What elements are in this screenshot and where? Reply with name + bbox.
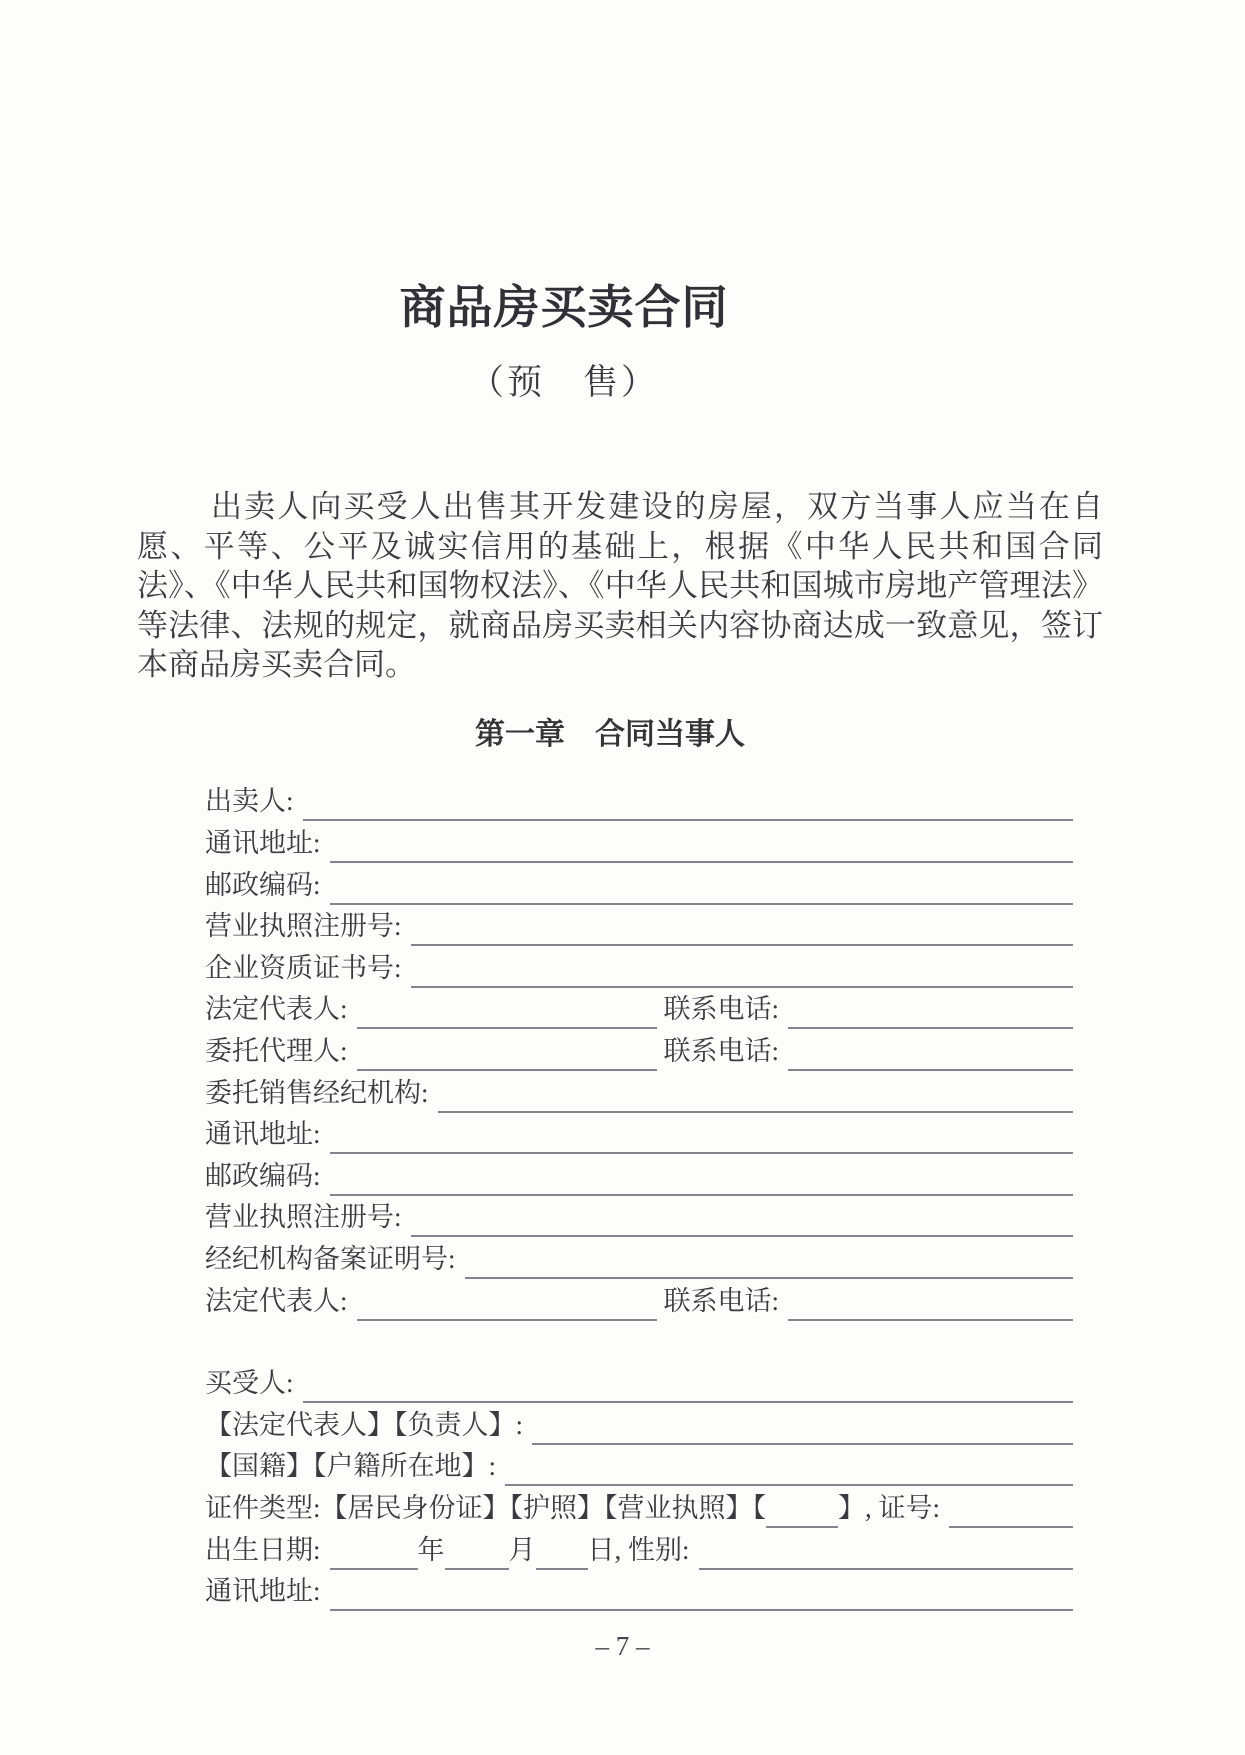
blank-line	[330, 893, 1073, 905]
field-label: 】, 证号:	[838, 1486, 940, 1528]
blank-line	[766, 1516, 838, 1528]
blank-line	[411, 976, 1073, 988]
form-row-seller: 出卖人:	[205, 780, 1073, 822]
form-row-brokerage-legal-rep: 法定代表人: 联系电话:	[205, 1279, 1073, 1321]
form-row-buyer-id-type: 证件类型:【居民身份证】【护照】【营业执照】【 】, 证号:	[205, 1486, 1073, 1528]
blank-line	[788, 1059, 1073, 1071]
form-row-buyer-address: 通讯地址:	[205, 1570, 1073, 1612]
form-row-seller-license-no: 营业执照注册号:	[205, 905, 1073, 947]
blank-line	[788, 1017, 1073, 1029]
page-subtitle: （预 售）	[0, 364, 1128, 403]
field-label: 邮政编码:	[205, 863, 321, 905]
blank-line	[532, 1433, 1073, 1445]
field-label: 邮政编码:	[205, 1154, 321, 1196]
blank-line	[536, 1558, 588, 1570]
field-label: 委托代理人:	[205, 1029, 348, 1071]
blank-line	[330, 851, 1073, 863]
form-row-seller-agent: 委托代理人: 联系电话:	[205, 1029, 1073, 1071]
unit-month-label: 月	[509, 1528, 536, 1570]
blank-line	[303, 1391, 1073, 1403]
field-label: 通讯地址:	[205, 1112, 321, 1154]
blank-line	[411, 1225, 1073, 1237]
field-label: 委托销售经纪机构:	[205, 1071, 429, 1113]
blank-line	[330, 1184, 1073, 1196]
page-number: – 7 –	[0, 1631, 1245, 1662]
blank-line	[438, 1101, 1073, 1113]
field-label: 出生日期:	[205, 1528, 321, 1570]
form-row-brokerage-postcode: 邮政编码:	[205, 1154, 1073, 1196]
blank-line	[445, 1558, 509, 1570]
unit-day-gender-label: 日, 性别:	[588, 1528, 690, 1570]
scanned-contract-page: 商品房买卖合同 （预 售） 出卖人向买受人出售其开发建设的房屋，双方当事人应当在…	[0, 0, 1245, 1755]
field-label: 营业执照注册号:	[205, 1195, 402, 1237]
form-row-brokerage-address: 通讯地址:	[205, 1113, 1073, 1155]
blank-line	[330, 1142, 1073, 1154]
blank-line	[465, 1267, 1073, 1279]
blank-line	[303, 809, 1073, 821]
blank-line	[505, 1474, 1073, 1486]
blank-line	[357, 1309, 657, 1321]
form-row-buyer-birthdate: 出生日期: 年 月 日, 性别:	[205, 1528, 1073, 1570]
form-row-buyer-nationality: 【国籍】【户籍所在地】:	[205, 1445, 1073, 1487]
form-row-seller-qualification-no: 企业资质证书号:	[205, 946, 1073, 988]
blank-line	[788, 1309, 1073, 1321]
party-form: 出卖人: 通讯地址: 邮政编码: 营业执照注册号: 企业资质证书号: 法定代表人…	[205, 780, 1073, 1611]
form-row-brokerage-license-no: 营业执照注册号:	[205, 1196, 1073, 1238]
field-label: 证件类型:【居民身份证】【护照】【营业执照】【	[205, 1486, 766, 1528]
field-label: 营业执照注册号:	[205, 904, 402, 946]
blank-line	[330, 1599, 1073, 1611]
field-label: 【国籍】【户籍所在地】:	[205, 1444, 496, 1486]
intro-paragraph: 出卖人向买受人出售其开发建设的房屋，双方当事人应当在自愿、平等、公平及诚实信用的…	[137, 487, 1103, 685]
field-label: 法定代表人:	[205, 987, 348, 1029]
form-row-brokerage-record-no: 经纪机构备案证明号:	[205, 1237, 1073, 1279]
form-row-buyer: 买受人:	[205, 1362, 1073, 1404]
field-label: 通讯地址:	[205, 1569, 321, 1611]
blank-line	[330, 1558, 418, 1570]
form-row-seller-address: 通讯地址:	[205, 821, 1073, 863]
field-label: 联系电话:	[664, 1029, 780, 1071]
field-label: 【法定代表人】【负责人】:	[205, 1403, 523, 1445]
field-label: 企业资质证书号:	[205, 946, 402, 988]
form-row-brokerage: 委托销售经纪机构:	[205, 1071, 1073, 1113]
form-row-buyer-legal-rep: 【法定代表人】【负责人】:	[205, 1403, 1073, 1445]
unit-year-label: 年	[418, 1528, 445, 1570]
blank-line	[357, 1059, 657, 1071]
blank-line	[357, 1017, 657, 1029]
blank-line	[411, 934, 1073, 946]
page-title: 商品房买卖合同	[0, 282, 1128, 335]
blank-line	[699, 1558, 1073, 1570]
form-row-seller-postcode: 邮政编码:	[205, 863, 1073, 905]
title-block: 商品房买卖合同 （预 售）	[0, 0, 1128, 402]
field-label: 出卖人:	[205, 779, 294, 821]
field-label: 联系电话:	[664, 987, 780, 1029]
field-label: 法定代表人:	[205, 1279, 348, 1321]
field-label: 通讯地址:	[205, 821, 321, 863]
field-label: 联系电话:	[664, 1279, 780, 1321]
field-label: 经纪机构备案证明号:	[205, 1237, 456, 1279]
section-gap	[205, 1321, 1073, 1362]
form-row-seller-legal-rep: 法定代表人: 联系电话:	[205, 988, 1073, 1030]
chapter-heading: 第一章 合同当事人	[0, 709, 1220, 753]
field-label: 买受人:	[205, 1361, 294, 1403]
blank-line	[949, 1516, 1073, 1528]
